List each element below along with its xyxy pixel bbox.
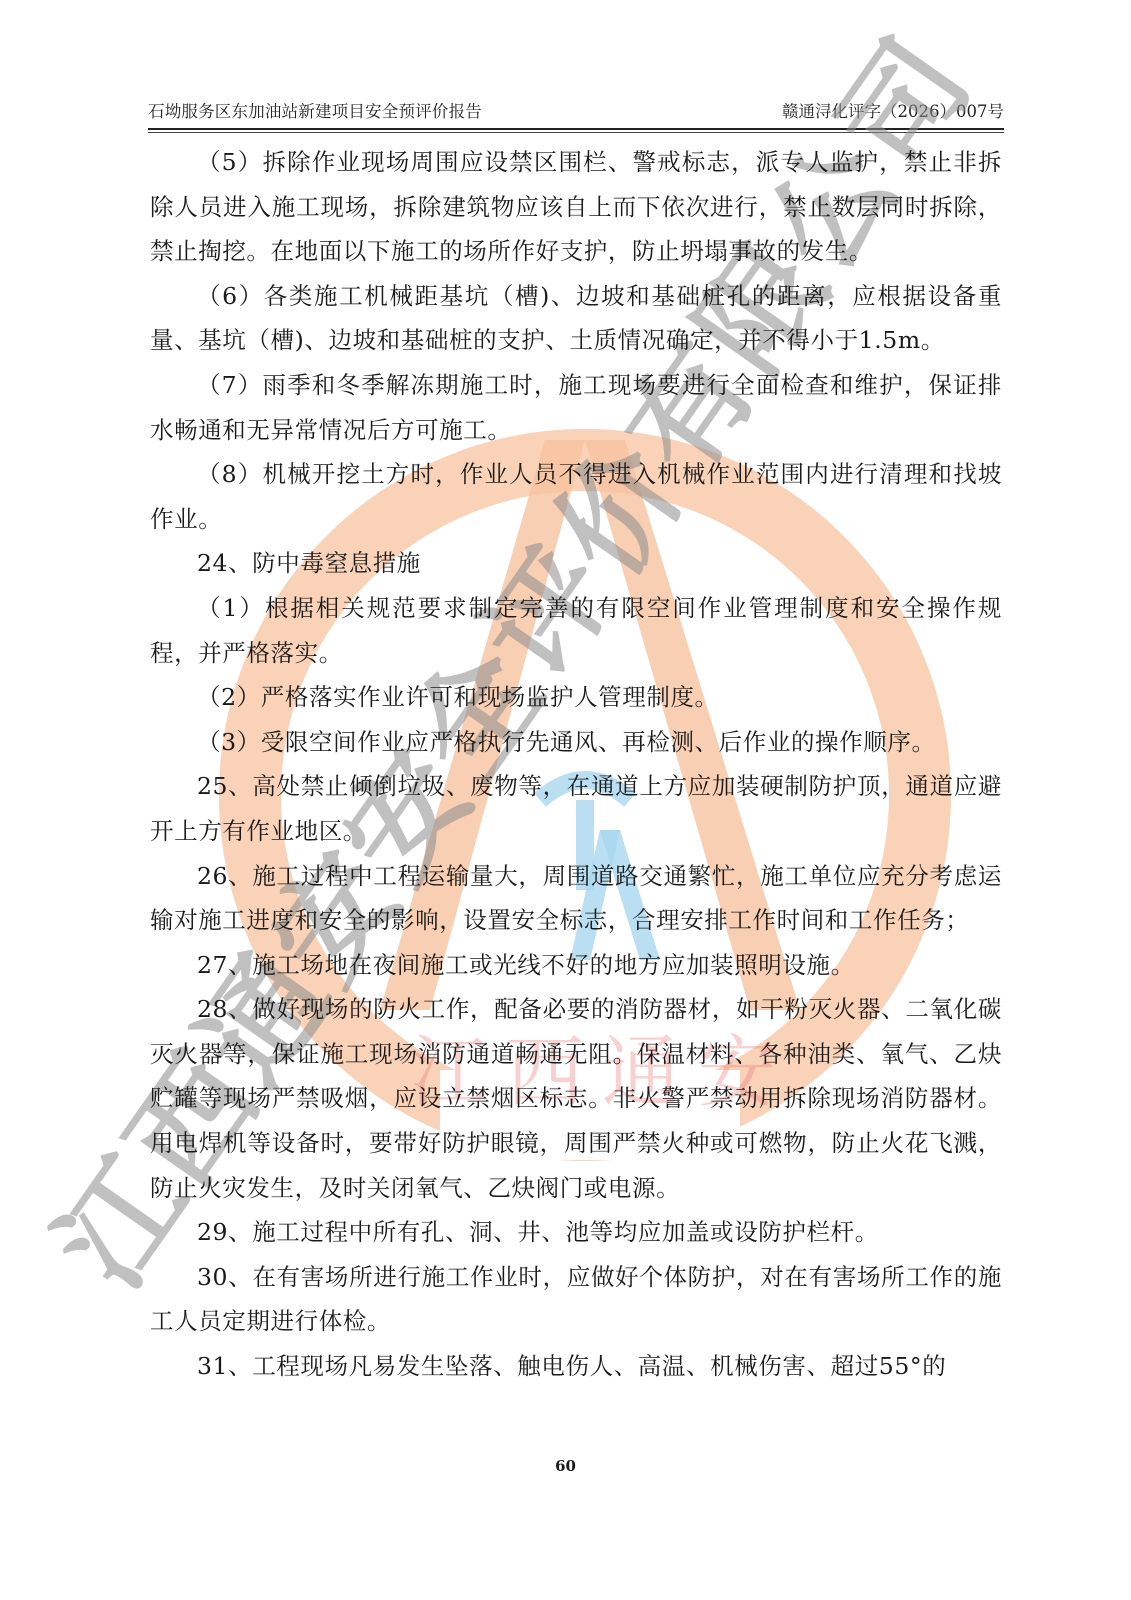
document-page: 江西通安 江西通安安全评价有限公司 石坳服务区东加油站新建项目安全预评价报告 赣… — [0, 0, 1131, 1600]
section-24-item-2: （2）严格落实作业许可和现场监护人管理制度。 — [150, 675, 1002, 720]
paragraph-8: （8）机械开挖土方时，作业人员不得进入机械作业范围内进行清理和找坡作业。 — [150, 452, 1002, 541]
document-body: （5）拆除作业现场周围应设禁区围栏、警戒标志，派专人监护，禁止非拆除人员进入施工… — [150, 140, 1002, 1389]
section-30: 30、在有害场所进行施工作业时，应做好个体防护，对在有害场所工作的施工人员定期进… — [150, 1255, 1002, 1344]
section-26: 26、施工过程中工程运输量大，周围道路交通繁忙，施工单位应充分考虑运输对施工进度… — [150, 854, 1002, 943]
section-24-item-3: （3）受限空间作业应严格执行先通风、再检测、后作业的操作顺序。 — [150, 720, 1002, 765]
section-27: 27、施工场地在夜间施工或光线不好的地方应加装照明设施。 — [150, 943, 1002, 988]
section-25: 25、高处禁止倾倒垃圾、废物等，在通道上方应加装硬制防护顶，通道应避开上方有作业… — [150, 764, 1002, 853]
section-31: 31、工程现场凡易发生坠落、触电伤人、高温、机械伤害、超过55°的 — [150, 1344, 1002, 1389]
section-24-heading: 24、防中毒窒息措施 — [150, 541, 1002, 586]
paragraph-5: （5）拆除作业现场周围应设禁区围栏、警戒标志，派专人监护，禁止非拆除人员进入施工… — [150, 140, 1002, 274]
paragraph-6: （6）各类施工机械距基坑（槽)、边坡和基础桩孔的距离，应根据设备重量、基坑（槽)… — [150, 274, 1002, 363]
report-title: 石坳服务区东加油站新建项目安全预评价报告 — [148, 98, 482, 122]
page-number: 60 — [0, 1457, 1131, 1475]
paragraph-7: （7）雨季和冬季解冻期施工时，施工现场要进行全面检查和维护，保证排水畅通和无异常… — [150, 363, 1002, 452]
section-28: 28、做好现场的防火工作，配备必要的消防器材，如干粉灭火器、二氧化碳灭火器等，保… — [150, 987, 1002, 1210]
section-24-item-1: （1）根据相关规范要求制定完善的有限空间作业管理制度和安全操作规程，并严格落实。 — [150, 586, 1002, 675]
section-29: 29、施工过程中所有孔、洞、井、池等均应加盖或设防护栏杆。 — [150, 1210, 1002, 1255]
